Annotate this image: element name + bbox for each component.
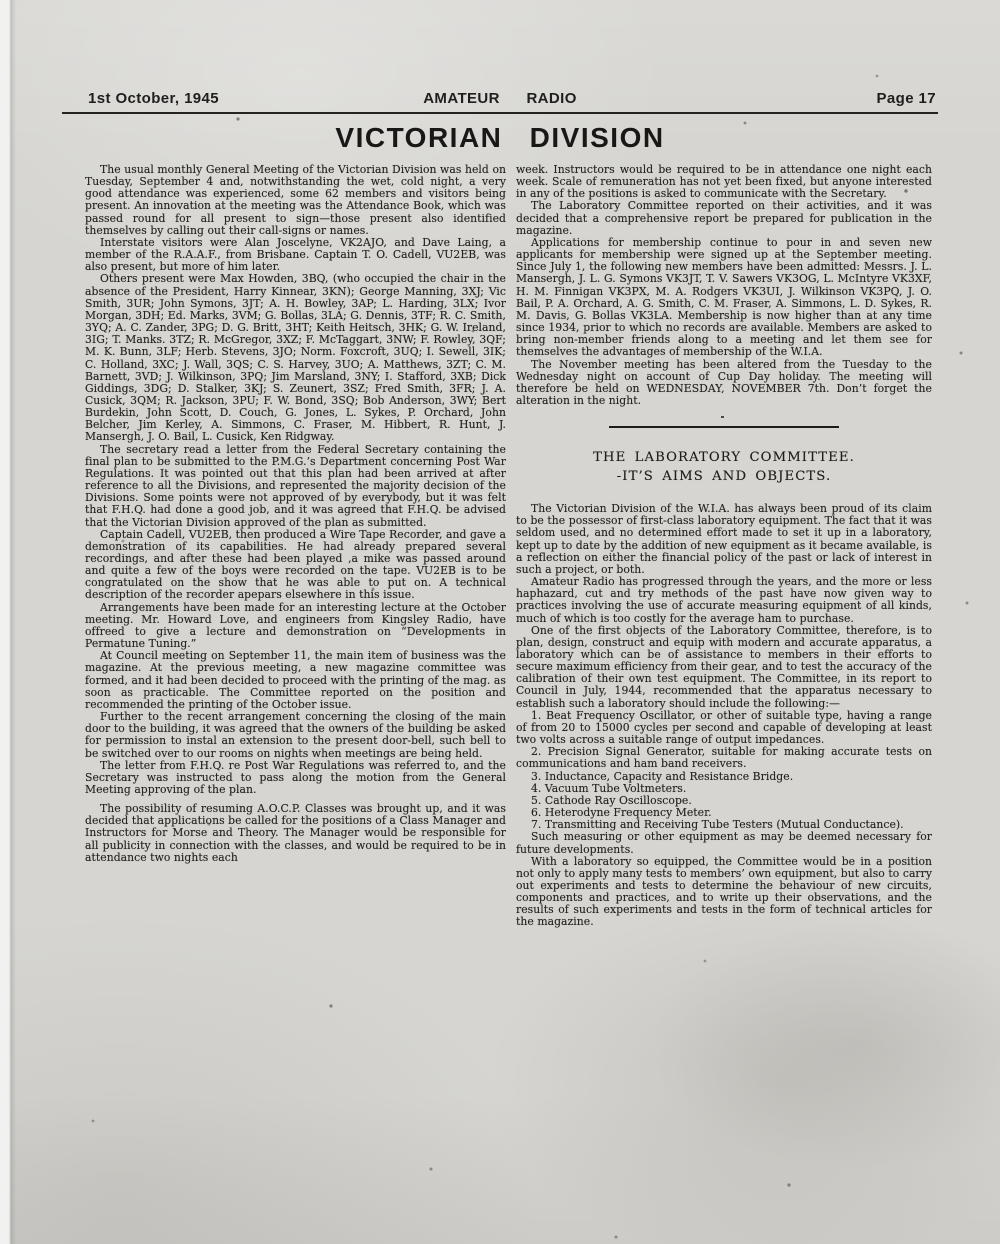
list-item-paragraph: 3. Inductance, Capacity and Resistance B… bbox=[516, 771, 932, 783]
article-paragraph: The possibility of resuming A.O.C.P. Cla… bbox=[85, 803, 506, 864]
article-paragraph: At Council meeting on September 11, the … bbox=[85, 650, 506, 711]
right-column: week. Instructors would be required to b… bbox=[516, 164, 932, 929]
article-paragraph: Captain Cadell, VU2EB, then produced a W… bbox=[85, 529, 506, 602]
article-paragraph: The letter from F.H.Q. re Post War Regul… bbox=[85, 760, 506, 796]
section-divider bbox=[609, 426, 839, 428]
article-paragraph: With a laboratory so equipped, the Commi… bbox=[516, 856, 932, 929]
header-rule bbox=[62, 112, 938, 114]
magazine-title: AMATEUR RADIO bbox=[0, 90, 1000, 107]
page-number: Page 17 bbox=[876, 90, 936, 107]
article-paragraph: The November meeting has been altered fr… bbox=[516, 359, 932, 408]
article-paragraph: Further to the recent arrangement concer… bbox=[85, 711, 506, 760]
laboratory-committee-section: The Victorian Division of the W.I.A. has… bbox=[516, 503, 932, 928]
article-title: VICTORIAN DIVISION bbox=[0, 122, 1000, 154]
section-heading-line1: THE LABORATORY COMMITTEE. bbox=[516, 448, 932, 467]
list-item-paragraph: 2. Precision Signal Generator, suitable … bbox=[516, 746, 932, 770]
list-item-paragraph: 1. Beat Frequency Oscillator, or other o… bbox=[516, 710, 932, 746]
article-paragraph: Amateur Radio has progressed through the… bbox=[516, 576, 932, 625]
article-paragraph: Others present were Max Howden, 3BQ, (wh… bbox=[85, 273, 506, 443]
article-paragraph: The Laboratory Committee reported on the… bbox=[516, 200, 932, 236]
left-column: The usual monthly General Meeting of the… bbox=[85, 164, 506, 864]
article-paragraph: Interstate visitors were Alan Joscelyne,… bbox=[85, 237, 506, 273]
scan-speckles bbox=[0, 0, 2, 2]
article-paragraph: Arrangements have been made for an inter… bbox=[85, 602, 506, 651]
article-paragraph: The Victorian Division of the W.I.A. has… bbox=[516, 503, 932, 576]
section-heading: THE LABORATORY COMMITTEE. -IT’S AIMS AND… bbox=[516, 448, 932, 486]
article-paragraph: The usual monthly General Meeting of the… bbox=[85, 164, 506, 237]
article-paragraph: The secretary read a letter from the Fed… bbox=[85, 444, 506, 529]
article-paragraph: Such measuring or other equipment as may… bbox=[516, 831, 932, 855]
section-heading-line2: -IT’S AIMS AND OBJECTS. bbox=[516, 467, 932, 486]
article-paragraph: Applications for membership continue to … bbox=[516, 237, 932, 359]
article-paragraph: One of the first objects of the Laborato… bbox=[516, 625, 932, 710]
article-paragraph: week. Instructors would be required to b… bbox=[516, 164, 932, 200]
